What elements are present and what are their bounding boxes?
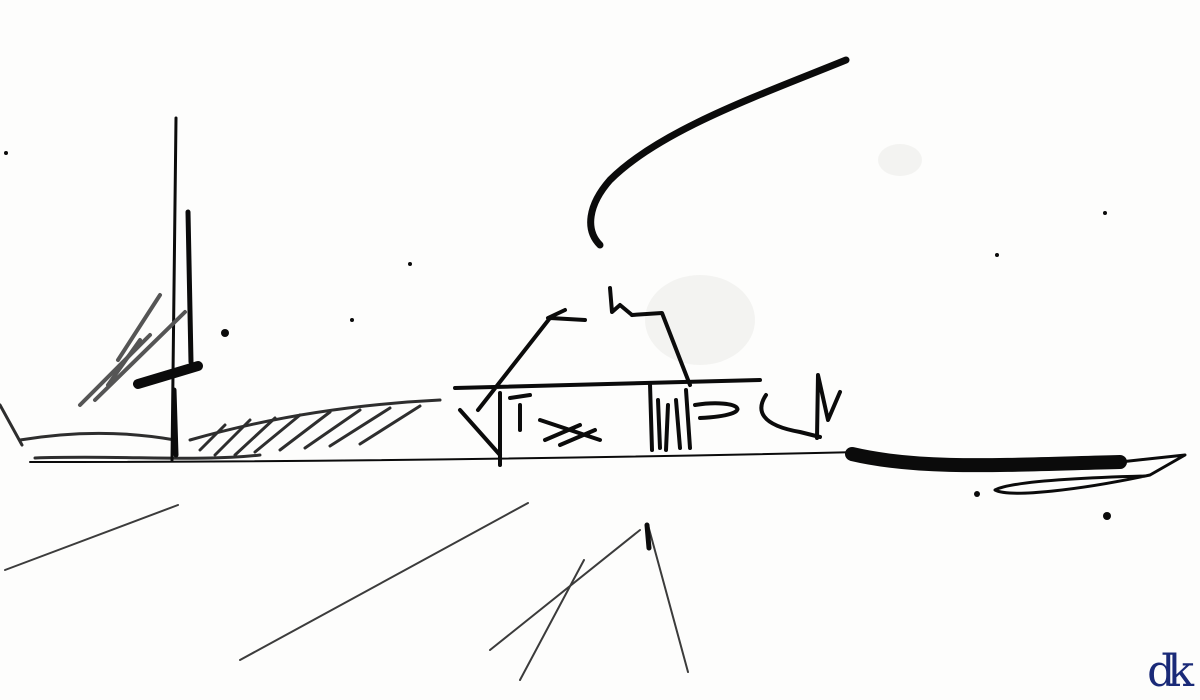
ink-dot bbox=[995, 253, 999, 257]
heavy-ground-stroke bbox=[852, 454, 1120, 465]
watercolor-stain bbox=[878, 144, 922, 176]
hatched-trees bbox=[80, 295, 185, 405]
pole-base bbox=[174, 390, 176, 455]
ground-hatching bbox=[0, 400, 440, 458]
ink-dot bbox=[4, 151, 8, 155]
short-pole bbox=[188, 212, 191, 362]
ink-dot bbox=[350, 318, 354, 322]
pole-crossbar bbox=[138, 366, 198, 384]
sketch-canvas: dk bbox=[0, 0, 1200, 700]
ink-drawing bbox=[0, 0, 1200, 700]
road-stroke-accent bbox=[647, 525, 649, 548]
artist-signature: dk bbox=[1147, 650, 1186, 694]
road-perspective-lines bbox=[5, 503, 688, 680]
sky-arc-stroke bbox=[591, 60, 846, 245]
ink-dot bbox=[1103, 512, 1111, 520]
house-sketch bbox=[455, 288, 840, 465]
ink-dot bbox=[408, 262, 412, 266]
ink-dot bbox=[974, 491, 980, 497]
ink-dot bbox=[221, 329, 229, 337]
ink-dot bbox=[1103, 211, 1107, 215]
watercolor-stain bbox=[645, 275, 755, 365]
